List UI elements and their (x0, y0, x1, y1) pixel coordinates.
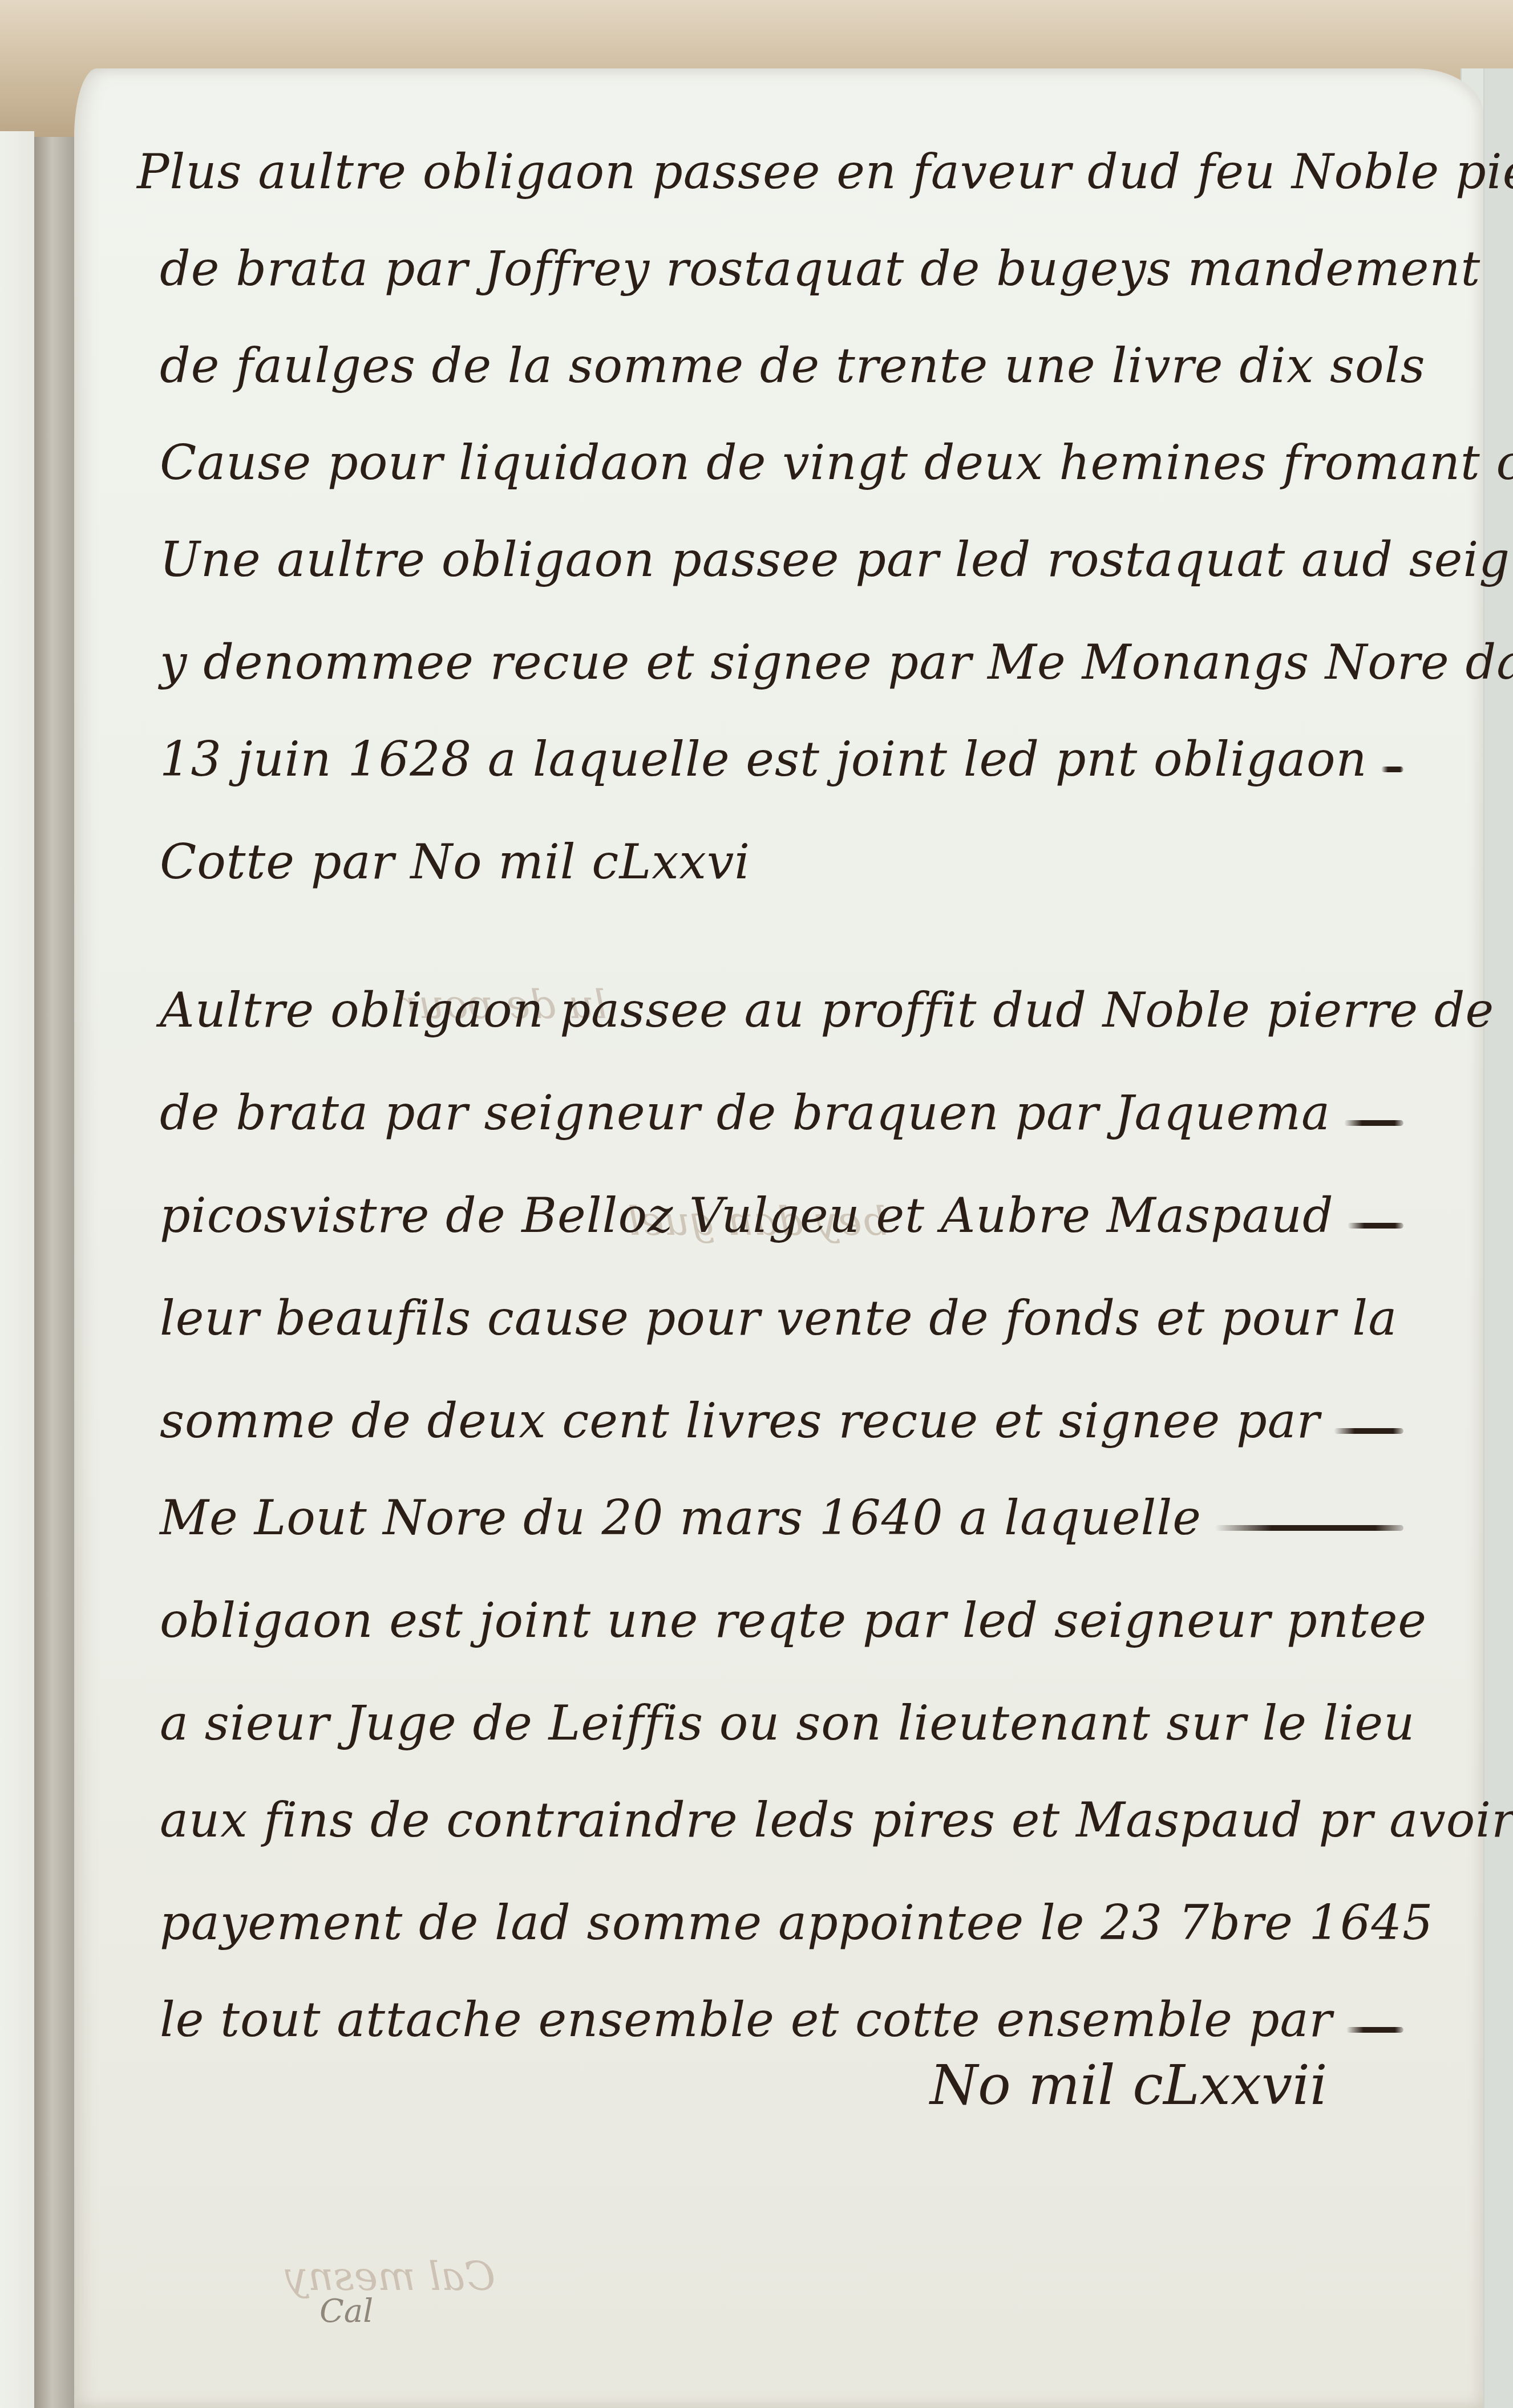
manuscript-line: obligaon est joint une reqte par led sei… (160, 1580, 1403, 1648)
line-filler-stroke (1348, 1223, 1403, 1229)
cote-number: No mil cLxxvii (930, 2053, 1328, 2117)
manuscript-line: y denommee recue et signee par Me Monang… (160, 622, 1403, 690)
faint-bottom-text: Cal (319, 2293, 373, 2330)
page-edge-stack-outer (1483, 68, 1513, 2408)
manuscript-line: Une aultre obligaon passee par led rosta… (160, 519, 1403, 587)
manuscript-line: leur beaufils cause pour vente de fonds … (160, 1278, 1403, 1346)
line-filler-stroke (1381, 767, 1403, 772)
line-filler-stroke (1344, 1120, 1403, 1126)
adjacent-page-strip (0, 131, 34, 2408)
manuscript-line: Aultre obligaon passee au proffit dud No… (160, 970, 1403, 1038)
line-filler-stroke (1334, 1428, 1403, 1434)
manuscript-line: Me Lout Nore du 20 mars 1640 a laquelle (160, 1477, 1403, 1546)
line-filler-stroke (1346, 2027, 1403, 2033)
line-filler-stroke (1215, 1525, 1403, 1531)
manuscript-line: Cause pour liquidaon de vingt deux hemin… (160, 422, 1403, 490)
manuscript-line: de brata par seigneur de braquen par Jaq… (160, 1072, 1403, 1141)
manuscript-line: somme de deux cent livres recue et signe… (160, 1380, 1403, 1449)
binding-gutter (34, 137, 74, 2408)
manuscript-line: payement de lad somme appointee le 23 7b… (160, 1882, 1403, 1951)
manuscript-line: Plus aultre obligaon passee en faveur du… (137, 131, 1381, 200)
manuscript-line-cote: Cotte par No mil cLxxvi (160, 821, 1403, 890)
manuscript-line: 13 juin 1628 a laquelle est joint led pn… (160, 719, 1403, 787)
ink-bleed-through: Cal mesny (285, 2253, 495, 2300)
manuscript-line: picosvistre de Belloz Vulgeu et Aubre Ma… (160, 1175, 1403, 1243)
manuscript-line: le tout attache ensemble et cotte ensemb… (160, 1979, 1403, 2048)
manuscript-line: a sieur Juge de Leiffis ou son lieutenan… (160, 1683, 1403, 1751)
manuscript-line: de faulges de la somme de trente une liv… (160, 325, 1403, 394)
manuscript-line: de brata par Joffrey rostaquat de bugeys… (160, 228, 1403, 297)
manuscript-line-struck: aux fins de contraindre leds pires et Ma… (160, 1779, 1403, 1848)
